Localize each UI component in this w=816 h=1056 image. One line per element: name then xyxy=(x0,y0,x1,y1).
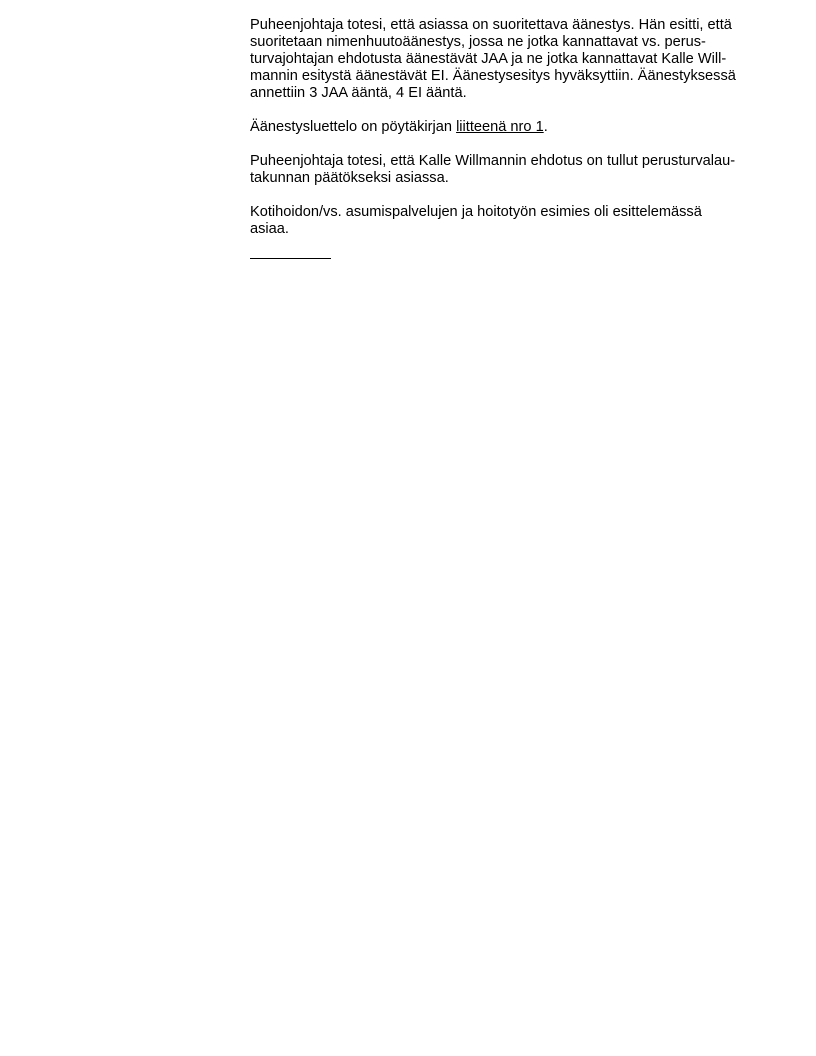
text-line: asiaa. xyxy=(250,221,745,238)
section-separator-line xyxy=(250,258,331,259)
voting-list-text: Äänestysluettelo on pöytäkirjan xyxy=(250,119,456,135)
text-line: Puheenjohtaja totesi, että asiassa on su… xyxy=(250,17,745,34)
text-line: Puheenjohtaja totesi, että Kalle Willman… xyxy=(250,153,745,170)
text-line: takunnan päätökseksi asiassa. xyxy=(250,170,745,187)
text-line: turvajohtajan ehdotusta äänestävät JAA j… xyxy=(250,51,745,68)
attachment-link[interactable]: liitteenä nro 1 xyxy=(456,119,544,135)
presenter-paragraph: Kotihoidon/vs. asumispalvelujen ja hoito… xyxy=(250,204,745,238)
voting-list-suffix: . xyxy=(544,119,548,135)
text-line: annettiin 3 JAA ääntä, 4 EI ääntä. xyxy=(250,85,745,102)
document-page: Puheenjohtaja totesi, että asiassa on su… xyxy=(250,17,745,259)
decision-paragraph: Puheenjohtaja totesi, että Kalle Willman… xyxy=(250,153,745,187)
voting-list-paragraph: Äänestysluettelo on pöytäkirjan liitteen… xyxy=(250,119,745,136)
voting-procedure-paragraph: Puheenjohtaja totesi, että asiassa on su… xyxy=(250,17,745,102)
text-line: Kotihoidon/vs. asumispalvelujen ja hoito… xyxy=(250,204,745,221)
text-line: mannin esitystä äänestävät EI. Äänestyse… xyxy=(250,68,745,85)
text-line: suoritetaan nimenhuutoäänestys, jossa ne… xyxy=(250,34,745,51)
